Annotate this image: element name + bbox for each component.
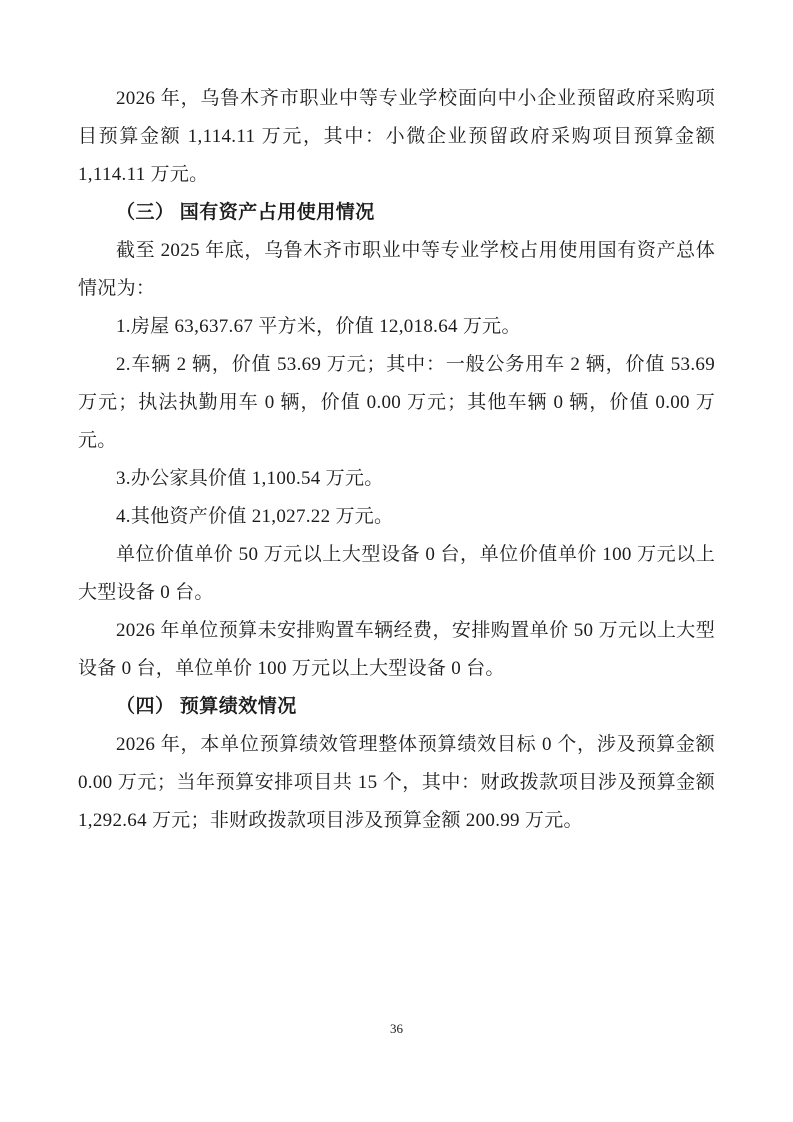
paragraph-assets-vehicles: 2.车辆 2 辆，价值 53.69 万元；其中：一般公务用车 2 辆，价值 53… [78, 346, 715, 460]
section-heading-budget-performance: （四） 预算绩效情况 [78, 688, 715, 726]
paragraph-budget-performance: 2026 年，本单位预算绩效管理整体预算绩效目标 0 个，涉及预算金额 0.00… [78, 726, 715, 840]
paragraph-assets-other: 4.其他资产价值 21,027.22 万元。 [78, 498, 715, 536]
page-number: 36 [0, 1020, 793, 1038]
paragraph-budget-no-vehicle-purchase: 2026 年单位预算未安排购置车辆经费，安排购置单价 50 万元以上大型设备 0… [78, 612, 715, 688]
paragraph-assets-housing: 1.房屋 63,637.67 平方米，价值 12,018.64 万元。 [78, 308, 715, 346]
document-page: 2026 年，乌鲁木齐市职业中等专业学校面向中小企业预留政府采购项目预算金额 1… [0, 0, 793, 1122]
paragraph-assets-intro: 截至 2025 年底，乌鲁木齐市职业中等专业学校占用使用国有资产总体情况为： [78, 232, 715, 308]
section-heading-state-assets: （三） 国有资产占用使用情况 [78, 194, 715, 232]
paragraph-procurement-sme: 2026 年，乌鲁木齐市职业中等专业学校面向中小企业预留政府采购项目预算金额 1… [78, 80, 715, 194]
paragraph-assets-furniture: 3.办公家具价值 1,100.54 万元。 [78, 460, 715, 498]
paragraph-large-equipment: 单位价值单价 50 万元以上大型设备 0 台，单位价值单价 100 万元以上大型… [78, 536, 715, 612]
document-content: 2026 年，乌鲁木齐市职业中等专业学校面向中小企业预留政府采购项目预算金额 1… [78, 80, 715, 840]
